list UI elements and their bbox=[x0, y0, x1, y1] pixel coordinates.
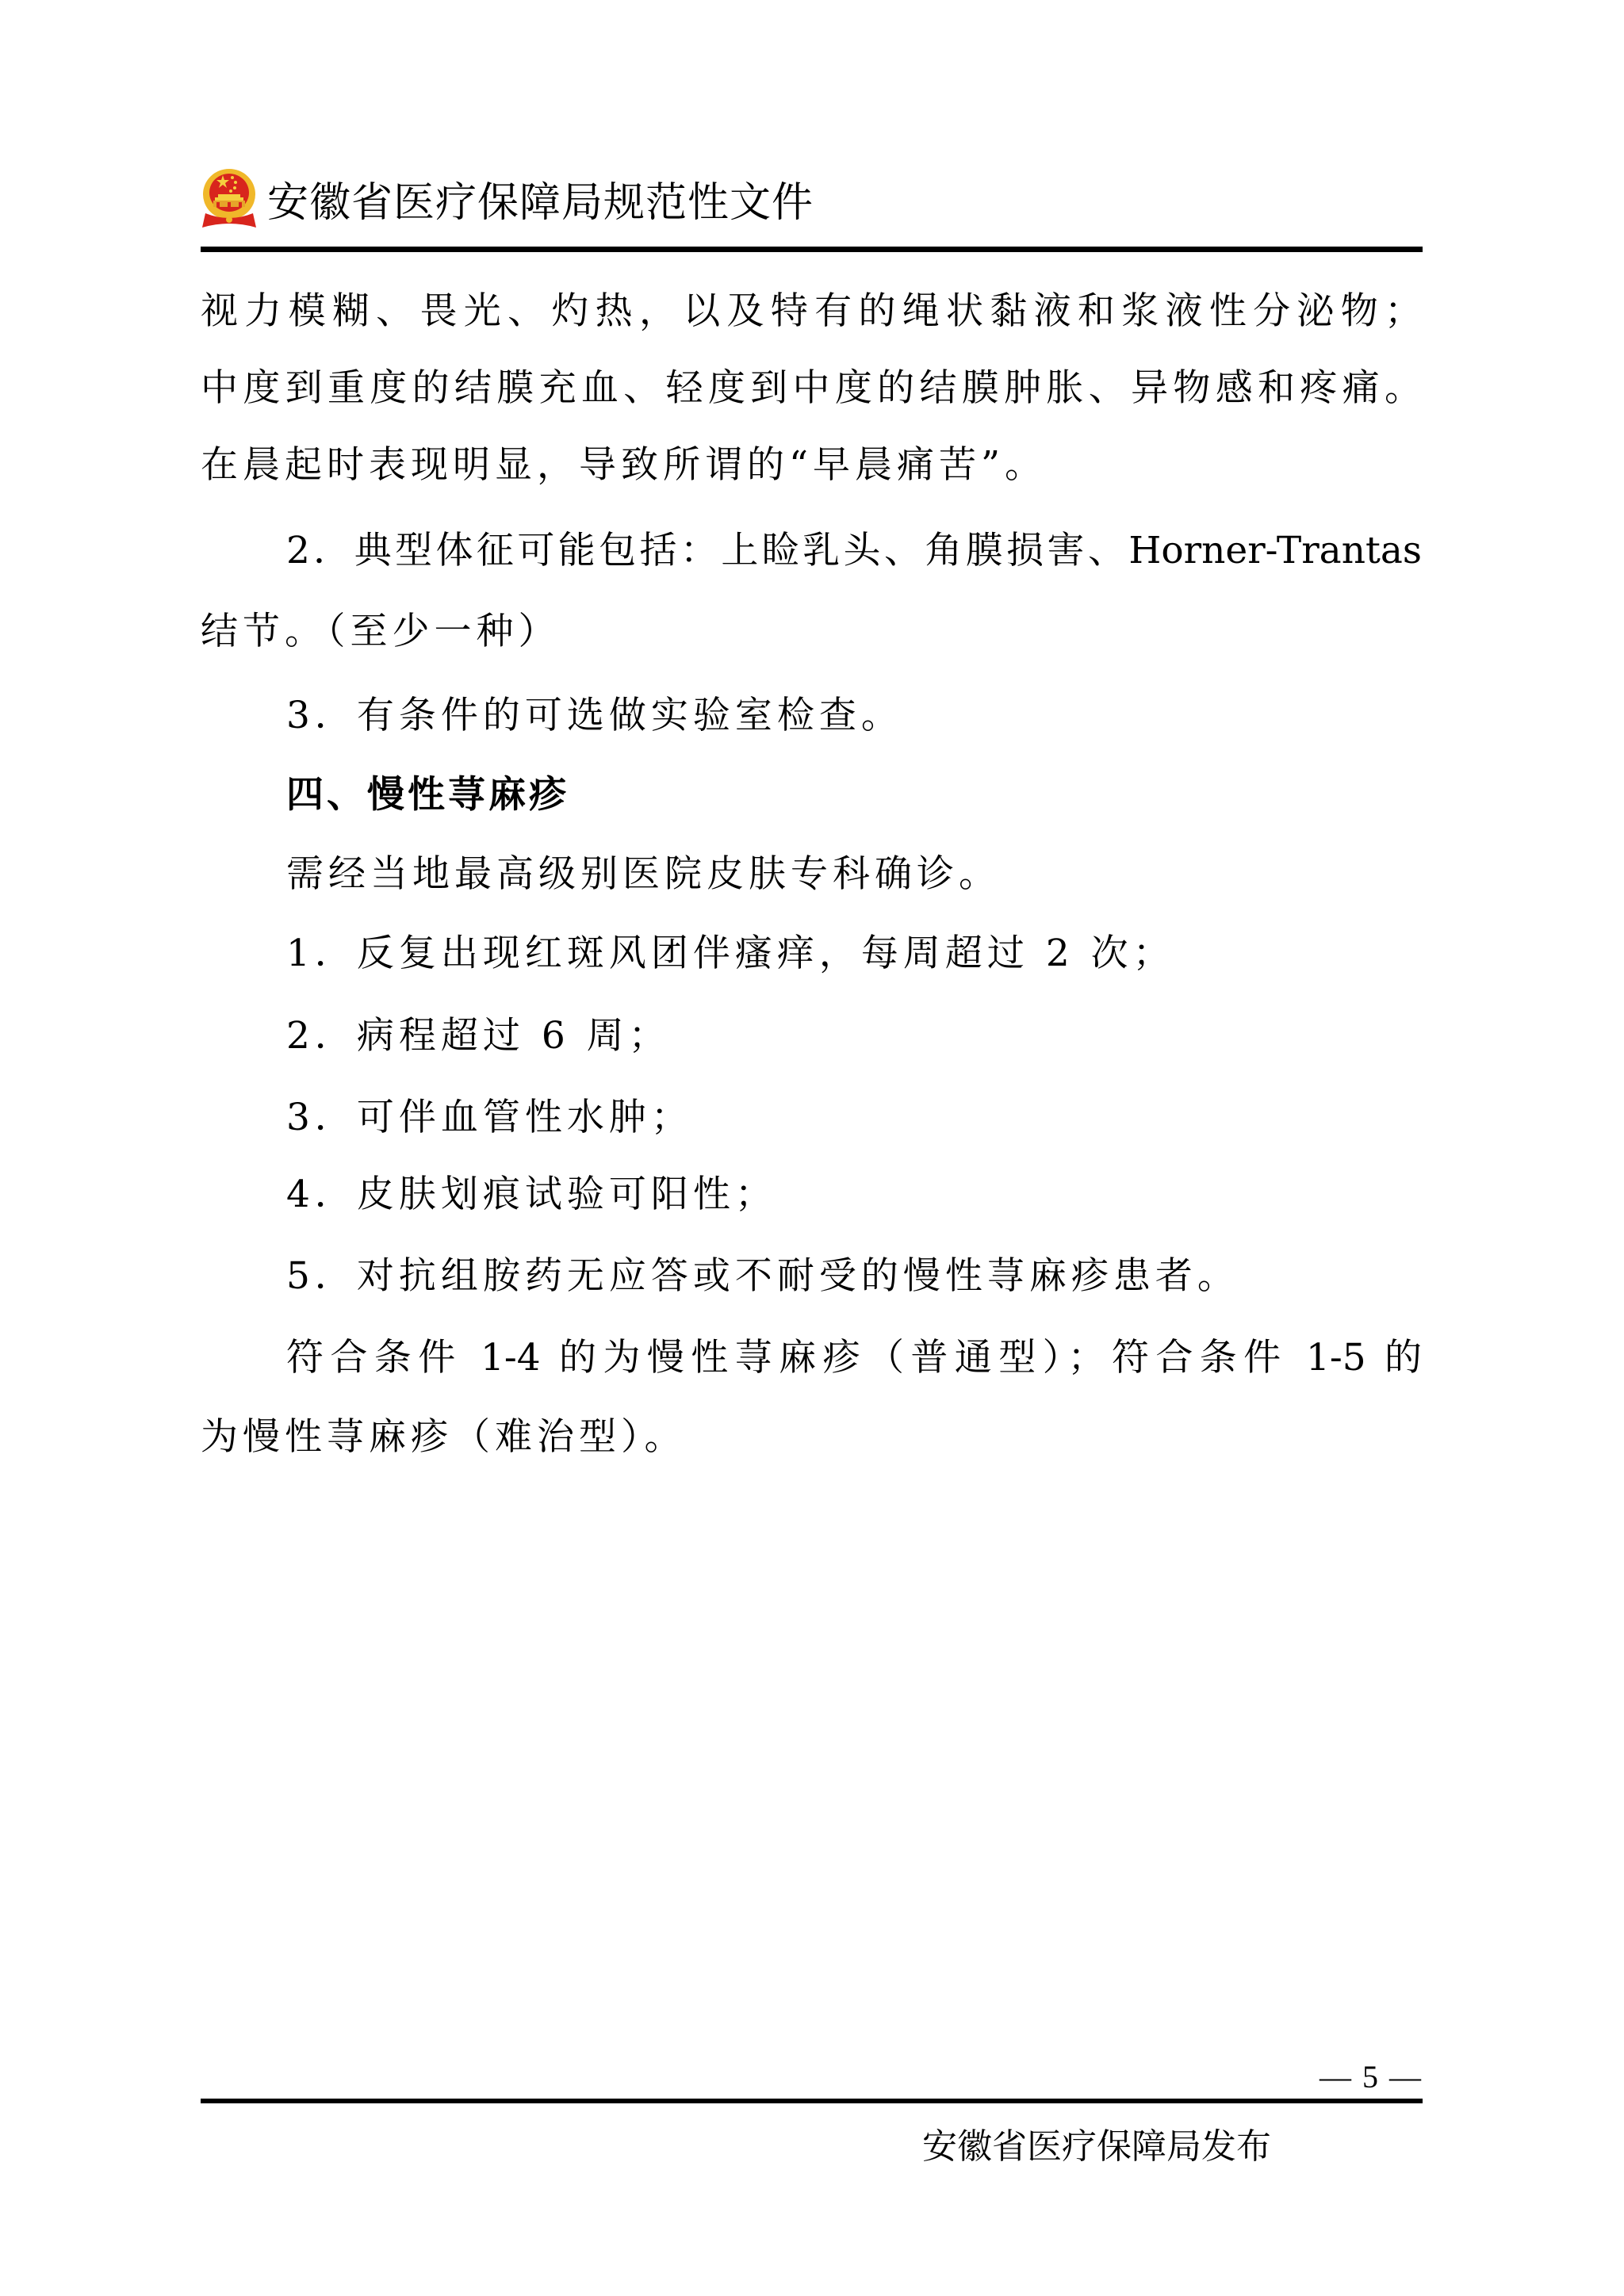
footer-divider bbox=[201, 2099, 1423, 2103]
paragraph-line: 视力模糊、畏光、灼热，以及特有的绳状黏液和浆液性分泌物； bbox=[201, 288, 1422, 335]
list-item-continuation: 结节。（至少一种） bbox=[201, 608, 1422, 656]
paragraph-line: 中度到重度的结膜充血、轻度到中度的结膜肿胀、异物感和疼痛。 bbox=[201, 365, 1422, 412]
page-number: — 5 — bbox=[1300, 2058, 1423, 2096]
national-emblem-icon bbox=[201, 167, 258, 229]
paragraph-line: 符合条件 1-4 的为慢性荨麻疹（普通型）；符合条件 1-5 的 bbox=[286, 1334, 1422, 1382]
document-page: 安徽省医疗保障局规范性文件 视力模糊、畏光、灼热，以及特有的绳状黏液和浆液性分泌… bbox=[0, 0, 1624, 2296]
list-item: 2．病程超过 6 周； bbox=[286, 1012, 1422, 1060]
header-divider bbox=[201, 247, 1423, 252]
list-item: 2．典型体征可能包括：上睑乳头、角膜损害、Horner-Trantas bbox=[286, 527, 1422, 575]
list-item: 3．有条件的可选做实验室检查。 bbox=[286, 692, 1422, 740]
list-item: 3．可伴血管性水肿； bbox=[286, 1094, 1422, 1142]
list-item: 1．反复出现红斑风团伴瘙痒，每周超过 2 次； bbox=[286, 930, 1422, 978]
document-header: 安徽省医疗保障局规范性文件 bbox=[201, 165, 814, 232]
paragraph-line: 为慢性荨麻疹（难治型）。 bbox=[201, 1414, 1422, 1461]
paragraph-line: 在晨起时表现明显，导致所谓的“早晨痛苦”。 bbox=[201, 442, 1422, 489]
section-heading: 四、慢性荨麻疹 bbox=[286, 771, 1422, 819]
header-title: 安徽省医疗保障局规范性文件 bbox=[267, 182, 814, 224]
list-item: 5．对抗组胺药无应答或不耐受的慢性荨麻疹患者。 bbox=[286, 1253, 1422, 1300]
footer-publisher: 安徽省医疗保障局发布 bbox=[922, 2126, 1271, 2168]
paragraph-line: 需经当地最高级别医院皮肤专科确诊。 bbox=[286, 851, 1422, 898]
list-item: 4．皮肤划痕试验可阳性； bbox=[286, 1171, 1422, 1219]
